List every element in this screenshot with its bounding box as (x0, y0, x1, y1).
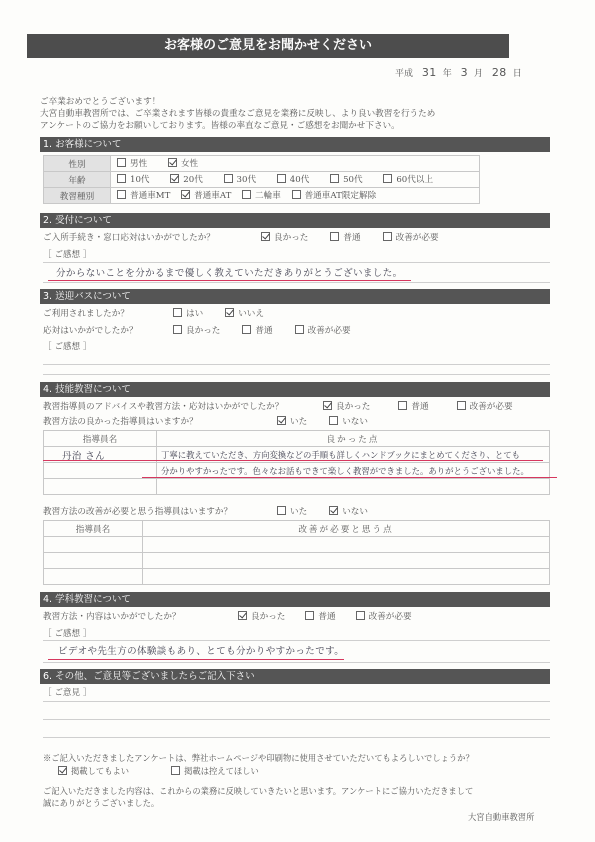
reception-normal-option[interactable]: 普通 (330, 231, 360, 243)
thanks-line: 誠にありがとうございました。 (43, 797, 473, 809)
checkbox-icon[interactable] (117, 158, 126, 167)
course-motorcycle-option[interactable]: 二輪車 (242, 189, 281, 201)
instructor-name-empty[interactable] (44, 463, 157, 479)
instructor-name-header: 指導員名 (44, 431, 157, 447)
reception-question-row: ご入所手続き・窓口応対はいかがでしたか？ 良かった 普通 改善が必要 (43, 229, 457, 244)
gender-female-option[interactable]: 女性 (168, 157, 198, 169)
good-instructor-table: 指導員名 良かった点 丹治 さん 丁寧に教えていただき、方向変換などの手順も詳し… (43, 430, 550, 495)
permission-row: 掲載してもよい 掲載は控えてほしい (58, 763, 277, 778)
age-10s-option[interactable]: 10代 (117, 173, 150, 185)
reception-comment[interactable]: 分からないことを分かるまで優しく教えていただきありがとうございました。 (56, 265, 403, 279)
page-title: お客様のご意見をお聞かせください (27, 34, 509, 58)
section-4-header: 4. 技能教習について (40, 382, 550, 397)
intro-text: ご卒業おめでとうございます！ 大宮自動車教習所では、ご卒業されます皆様の貴重なご… (40, 96, 435, 132)
checkbox-checked-icon[interactable] (181, 190, 190, 199)
checkbox-checked-icon[interactable] (168, 158, 177, 167)
good-instructor-question: 教習方法の良かった指導員はいますか？ (43, 415, 277, 427)
good-instructor-no-option[interactable]: いない (329, 415, 368, 427)
section-2-header: 2. 受付について (40, 213, 550, 228)
bus-service-question: 応対はいかがでしたか？ (43, 324, 173, 336)
bus-used-question: ご利用されましたか？ (43, 307, 173, 319)
improve-instructor-row: 教習方法の改善が必要と思う指導員はいますか？ いた いない (43, 503, 386, 518)
table-header-row: 指導員名 改善が必要と思う点 (44, 521, 550, 537)
other-comment-label: ［ ご意見 ］ (43, 686, 91, 698)
comment-line[interactable] (43, 701, 550, 702)
thanks-line: ご記入いただきました内容は、これからの業務に反映していきたいと思います。アンケー… (43, 785, 473, 797)
instructor-name-empty[interactable] (44, 553, 143, 569)
lecture-comment[interactable]: ビデオや先生方の体験談もあり、とても分かりやすかったです。 (58, 643, 344, 657)
intro-line: ご卒業おめでとうございます！ (40, 96, 435, 108)
divider (43, 662, 550, 663)
instructor-name-empty[interactable] (44, 479, 157, 495)
skill-good-option[interactable]: 良かった (323, 400, 370, 412)
checkbox-icon[interactable] (242, 190, 251, 199)
date-day[interactable]: 28 (492, 66, 507, 79)
checkbox-checked-icon[interactable] (58, 766, 67, 775)
red-underline (48, 280, 411, 281)
checkbox-icon[interactable] (383, 174, 392, 183)
good-instructor-row: 教習方法の良かった指導員はいますか？ いた いない (43, 413, 386, 428)
date-era: 平成 (395, 69, 413, 79)
checkbox-checked-icon[interactable] (225, 308, 234, 317)
bus-normal-option[interactable]: 普通 (242, 324, 272, 336)
checkbox-checked-icon[interactable] (170, 174, 179, 183)
organization-name: 大宮自動車教習所 (468, 811, 534, 823)
table-row (44, 479, 550, 495)
bus-comment-label: ［ ご感想 ］ (43, 340, 91, 352)
checkbox-icon[interactable] (292, 190, 301, 199)
lecture-question-row: 教習方法・内容はいかがでしたか？ 良かった 普通 改善が必要 (43, 608, 430, 623)
checkbox-checked-icon[interactable] (277, 416, 286, 425)
intro-line: アンケートのご協力をお願いしております。皆様の率直なご意見・ご感想をお聞かせ下さ… (40, 120, 435, 132)
course-row: 教習種別 普通車MT 普通車AT 二輪車 普通車AT限定解除 (44, 188, 480, 204)
good-points-header: 良かった点 (157, 431, 550, 447)
day-label: 日 (513, 69, 522, 79)
skill-improve-option[interactable]: 改善が必要 (457, 400, 513, 412)
bus-used-yes-option[interactable]: はい (173, 307, 203, 319)
age-40s-option[interactable]: 40代 (277, 173, 310, 185)
bus-service-row: 応対はいかがでしたか？ 良かった 普通 改善が必要 (43, 322, 369, 337)
comment-line[interactable] (43, 719, 550, 720)
checkbox-icon[interactable] (117, 174, 126, 183)
improve-points-header: 改善が必要と思う点 (143, 521, 550, 537)
reception-question: ご入所手続き・窓口応対はいかがでしたか？ (43, 231, 261, 243)
reception-improve-option[interactable]: 改善が必要 (383, 231, 439, 243)
section-3-header: 3. 送迎バスについて (40, 289, 550, 304)
instructor-name-empty[interactable] (44, 569, 143, 585)
checkbox-icon[interactable] (242, 325, 251, 334)
course-at-removal-option[interactable]: 普通車AT限定解除 (292, 189, 377, 201)
good-points-line[interactable] (157, 479, 550, 495)
reception-comment-label: ［ ご感想 ］ (43, 248, 91, 260)
course-label: 教習種別 (44, 188, 111, 204)
bus-used-row: ご利用されましたか？ はい いいえ (43, 305, 282, 320)
divider (43, 262, 550, 263)
age-50s-option[interactable]: 50代 (330, 173, 363, 185)
checkbox-icon[interactable] (295, 325, 304, 334)
reception-good-option[interactable]: 良かった (261, 231, 308, 243)
lecture-question: 教習方法・内容はいかがでしたか？ (43, 610, 238, 622)
divider (43, 640, 550, 641)
divider (43, 364, 550, 365)
checkbox-icon[interactable] (356, 611, 365, 620)
table-header-row: 指導員名 良かった点 (44, 431, 550, 447)
table-row (44, 569, 550, 585)
lecture-comment-label: ［ ご感想 ］ (43, 627, 91, 639)
checkbox-icon[interactable] (173, 308, 182, 317)
improve-points-line[interactable] (143, 569, 550, 585)
intro-line: 大宮自動車教習所では、ご卒業されます皆様の貴重なご意見を業務に反映し、より良い教… (40, 108, 435, 120)
permission-allow-option[interactable]: 掲載してもよい (58, 765, 129, 777)
checkbox-icon[interactable] (277, 506, 286, 515)
red-underline (43, 460, 543, 461)
course-at-option[interactable]: 普通車AT (181, 189, 231, 201)
improve-instructor-yes-option[interactable]: いた (277, 505, 307, 517)
table-row (44, 553, 550, 569)
gender-label: 性別 (44, 156, 111, 172)
gender-male-option[interactable]: 男性 (117, 157, 147, 169)
age-20s-option[interactable]: 20代 (170, 173, 203, 185)
checkbox-checked-icon[interactable] (329, 506, 338, 515)
checkbox-icon[interactable] (457, 401, 466, 410)
lecture-improve-option[interactable]: 改善が必要 (356, 610, 412, 622)
checkbox-checked-icon[interactable] (261, 232, 270, 241)
improve-points-line[interactable] (143, 553, 550, 569)
checkbox-icon[interactable] (330, 232, 339, 241)
year-label: 年 (443, 69, 452, 79)
bus-used-no-option[interactable]: いいえ (225, 307, 264, 319)
instructor-name-header: 指導員名 (44, 521, 143, 537)
skill-question-row: 教習指導員のアドバイスや教習方法・応対はいかがでしたか？ 良かった 普通 改善が… (43, 398, 531, 413)
date-month[interactable]: 3 (461, 66, 468, 79)
improve-instructor-table: 指導員名 改善が必要と思う点 (43, 520, 550, 585)
red-underline (48, 659, 344, 660)
checkbox-icon[interactable] (383, 232, 392, 241)
checkbox-icon[interactable] (329, 416, 338, 425)
gender-row: 性別 男性 女性 (44, 156, 480, 172)
checkbox-icon[interactable] (117, 190, 126, 199)
customer-info-table: 性別 男性 女性 年齢 10代 20代 30代 40代 50代 60代以上 教習… (43, 155, 480, 204)
month-label: 月 (474, 69, 483, 79)
checkbox-icon[interactable] (277, 174, 286, 183)
checkbox-icon[interactable] (330, 174, 339, 183)
checkbox-checked-icon[interactable] (238, 611, 247, 620)
divider (43, 374, 550, 375)
age-label: 年齢 (44, 172, 111, 188)
section-6-header: 6. その他、ご意見等ございましたらご記入下さい (40, 669, 550, 684)
improve-instructor-no-option[interactable]: いない (329, 505, 368, 517)
checkbox-icon[interactable] (171, 766, 180, 775)
instructor-name-empty[interactable] (44, 537, 143, 553)
bus-improve-option[interactable]: 改善が必要 (295, 324, 351, 336)
age-60plus-option[interactable]: 60代以上 (383, 173, 433, 185)
checkbox-icon[interactable] (173, 325, 182, 334)
lecture-normal-option[interactable]: 普通 (305, 610, 335, 622)
checkbox-icon[interactable] (398, 401, 407, 410)
date: 平成 31年 3月 28日 (395, 66, 522, 79)
skill-normal-option[interactable]: 普通 (398, 400, 428, 412)
age-30s-option[interactable]: 30代 (224, 173, 257, 185)
good-instructor-yes-option[interactable]: いた (277, 415, 307, 427)
date-year[interactable]: 31 (422, 66, 437, 79)
section-1-header: 1. お客様について (40, 137, 550, 152)
improve-points-line[interactable] (143, 537, 550, 553)
table-row (44, 537, 550, 553)
checkbox-icon[interactable] (305, 611, 314, 620)
age-row: 年齢 10代 20代 30代 40代 50代 60代以上 (44, 172, 480, 188)
section-5-header: 4. 学科教習について (40, 592, 550, 607)
comment-line[interactable] (43, 737, 550, 738)
thanks-text: ご記入いただきました内容は、これからの業務に反映していきたいと思います。アンケー… (43, 785, 473, 809)
course-mt-option[interactable]: 普通車MT (117, 189, 170, 201)
bus-good-option[interactable]: 良かった (173, 324, 220, 336)
checkbox-checked-icon[interactable] (323, 401, 332, 410)
divider (43, 282, 550, 283)
checkbox-icon[interactable] (224, 174, 233, 183)
skill-question: 教習指導員のアドバイスや教習方法・応対はいかがでしたか？ (43, 400, 323, 412)
red-underline (142, 477, 557, 478)
permission-deny-option[interactable]: 掲載は控えてほしい (171, 765, 259, 777)
lecture-good-option[interactable]: 良かった (238, 610, 285, 622)
improve-instructor-question: 教習方法の改善が必要と思う指導員はいますか？ (43, 505, 277, 517)
